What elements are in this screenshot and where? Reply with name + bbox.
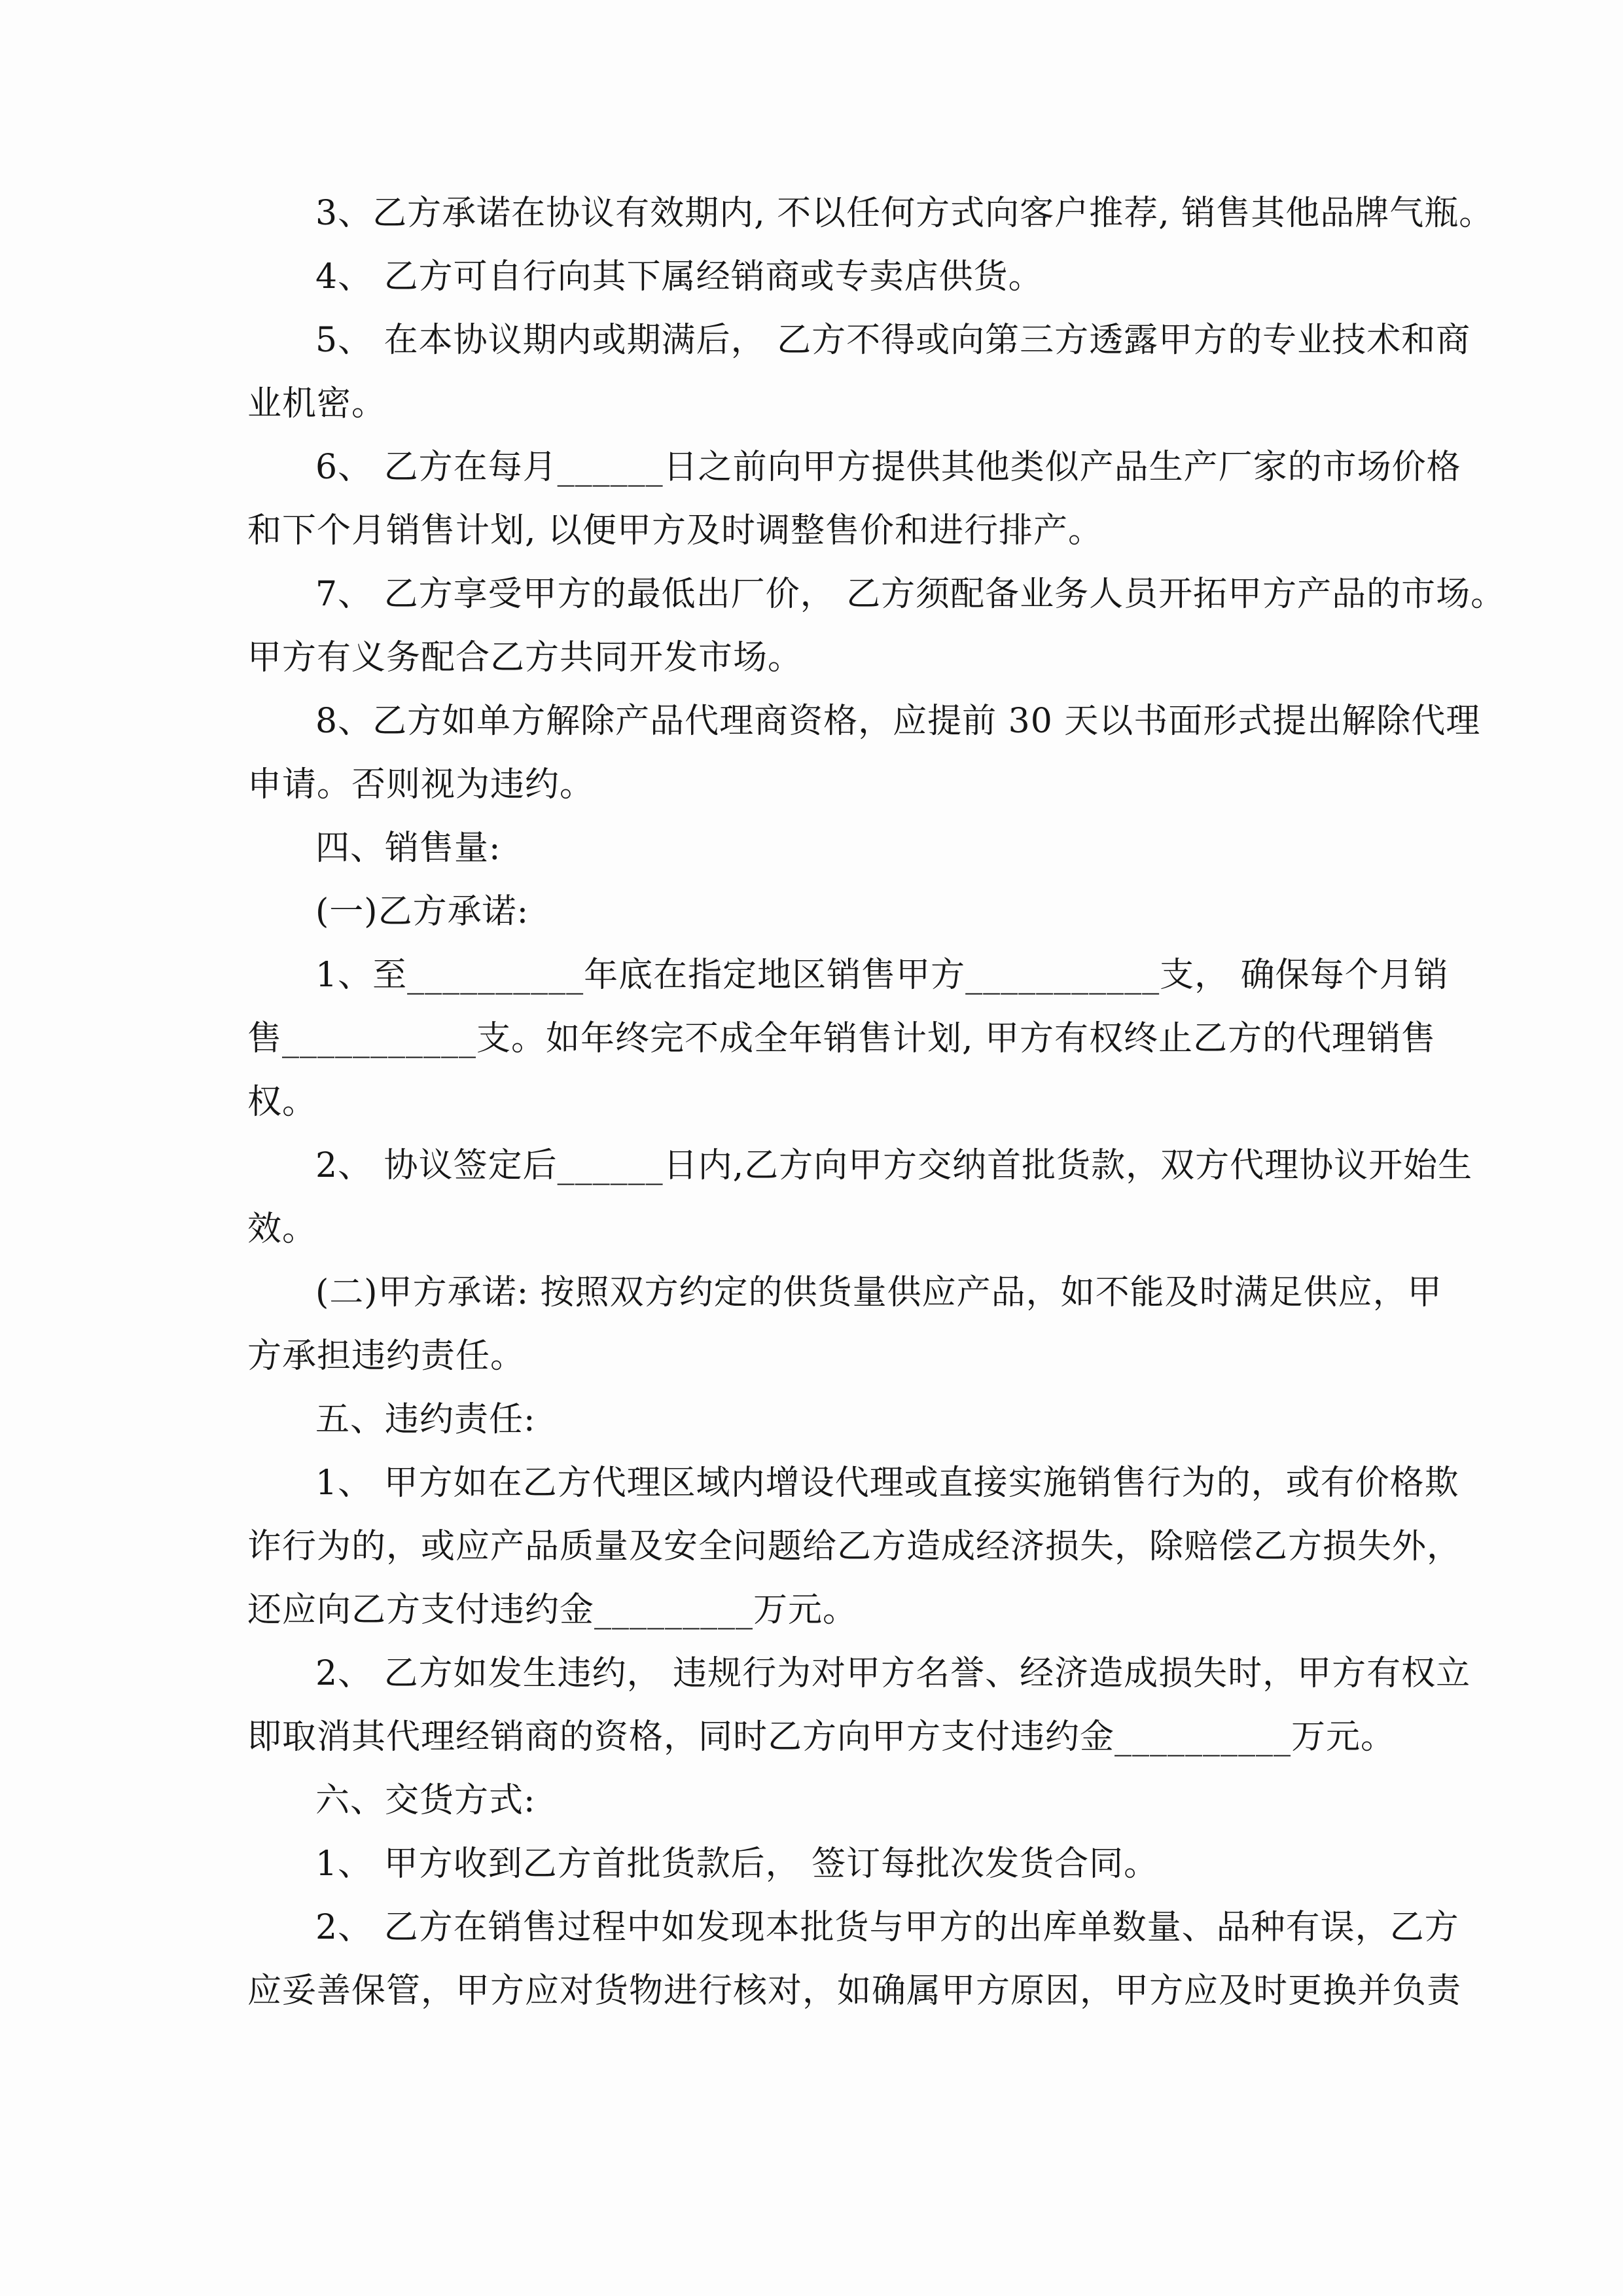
contract-text-line: 和下个月销售计划, 以便甲方及时调整售价和进行排产。 (247, 499, 1465, 563)
contract-text-line: 即取消其代理经销商的资格，同时乙方向甲方支付违约金__________万元。 (247, 1706, 1465, 1769)
contract-text-line: 效。 (247, 1198, 1465, 1261)
contract-text-line: 2、 乙方如发生违约， 违规行为对甲方名誉、经济造成损失时，甲方有权立 (247, 1642, 1465, 1706)
contract-text-line: 业机密。 (247, 372, 1465, 436)
contract-text-line: 还应向乙方支付违约金_________万元。 (247, 1579, 1465, 1642)
contract-text-line: 2、 乙方在销售过程中如发现本批货与甲方的出库单数量、品种有误，乙方 (247, 1896, 1465, 1960)
contract-text-line: 诈行为的，或应产品质量及安全问题给乙方造成经济损失，除赔偿乙方损失外， (247, 1515, 1465, 1579)
contract-text-line: 方承担违约责任。 (247, 1325, 1465, 1388)
document-page: 3、乙方承诺在协议有效期内, 不以任何方式向客户推荐, 销售其他品牌气瓶。4、 … (0, 0, 1623, 2296)
contract-text-line: 应妥善保管，甲方应对货物进行核对，如确属甲方原因，甲方应及时更换并负责 (247, 1960, 1465, 2023)
contract-text-line: 四、销售量: (247, 817, 1465, 880)
contract-text-line: 1、至__________年底在指定地区销售甲方___________支， 确保… (247, 944, 1465, 1007)
contract-text-line: 6、 乙方在每月______日之前向甲方提供其他类似产品生产厂家的市场价格 (247, 436, 1465, 499)
contract-text-line: 五、违约责任: (247, 1388, 1465, 1452)
contract-text-line: 8、乙方如单方解除产品代理商资格，应提前 30 天以书面形式提出解除代理 (247, 690, 1465, 753)
contract-text-line: 申请。否则视为违约。 (247, 753, 1465, 817)
contract-text-line: 4、 乙方可自行向其下属经销商或专卖店供货。 (247, 245, 1465, 309)
contract-text-line: 2、 协议签定后______日内,乙方向甲方交纳首批货款，双方代理协议开始生 (247, 1134, 1465, 1198)
contract-text-line: 1、 甲方收到乙方首批货款后， 签订每批次发货合同。 (247, 1833, 1465, 1896)
contract-text-line: 权。 (247, 1071, 1465, 1134)
contract-text-line: 5、 在本协议期内或期满后， 乙方不得或向第三方透露甲方的专业技术和商 (247, 309, 1465, 372)
contract-text-line: 售___________支。如年终完不成全年销售计划, 甲方有权终止乙方的代理销… (247, 1007, 1465, 1071)
contract-text-line: (一)乙方承诺: (247, 880, 1465, 944)
contract-text-line: 7、 乙方享受甲方的最低出厂价， 乙方须配备业务人员开拓甲方产品的市场。 (247, 563, 1465, 626)
contract-text-line: 1、 甲方如在乙方代理区域内增设代理或直接实施销售行为的，或有价格欺 (247, 1452, 1465, 1515)
contract-text-line: 3、乙方承诺在协议有效期内, 不以任何方式向客户推荐, 销售其他品牌气瓶。 (247, 182, 1465, 245)
contract-text-line: (二)甲方承诺: 按照双方约定的供货量供应产品，如不能及时满足供应，甲 (247, 1261, 1465, 1325)
contract-text-line: 六、交货方式: (247, 1769, 1465, 1833)
contract-text-block: 3、乙方承诺在协议有效期内, 不以任何方式向客户推荐, 销售其他品牌气瓶。4、 … (247, 182, 1465, 2023)
contract-text-line: 甲方有义务配合乙方共同开发市场。 (247, 626, 1465, 690)
